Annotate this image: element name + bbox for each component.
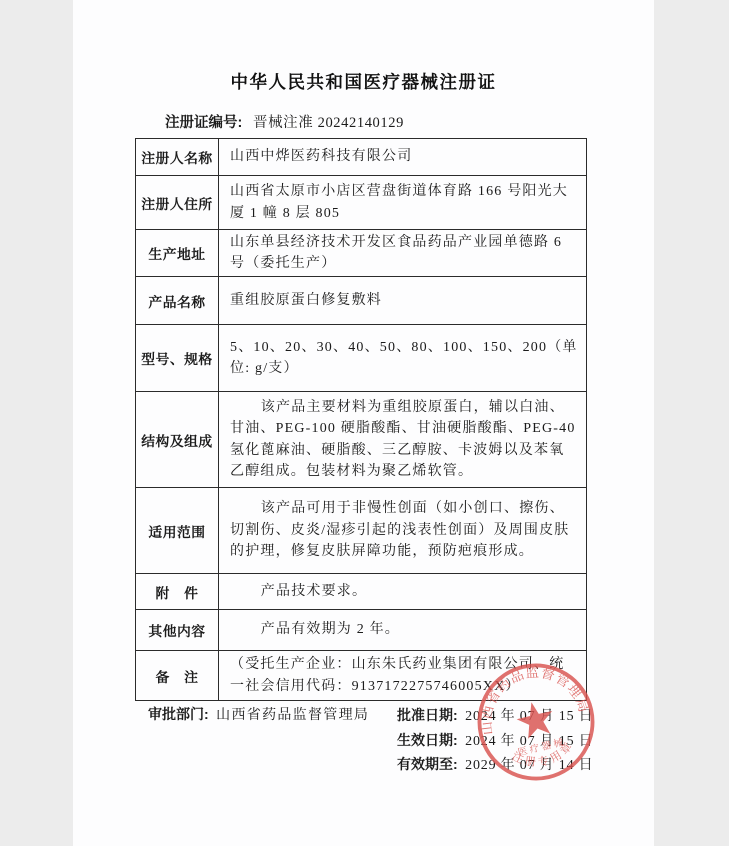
stamp-rotated-group: 山西省药品监督管理局 医疗器械 注册专用章 bbox=[467, 652, 604, 790]
row-value-text: 产品有效期为 2 年。 bbox=[230, 619, 400, 641]
certificate-table: 注册人名称 山西中烨医药科技有限公司 注册人住所 山西省太原市小店区营盘街道体育… bbox=[135, 138, 587, 701]
row-label: 结构及组成 bbox=[136, 392, 219, 487]
table-row: 型号、规格 5、10、20、30、40、50、80、100、150、200（单位… bbox=[136, 324, 586, 391]
row-label: 生产地址 bbox=[136, 230, 219, 276]
registration-number-label: 注册证编号: bbox=[165, 115, 242, 131]
row-label: 附 件 bbox=[136, 574, 219, 609]
row-label: 适用范围 bbox=[136, 488, 219, 573]
effective-date-label: 生效日期: bbox=[397, 732, 458, 748]
official-stamp: 山西省药品监督管理局 医疗器械 注册专用章 bbox=[456, 642, 616, 802]
table-row: 注册人名称 山西中烨医药科技有限公司 bbox=[136, 139, 586, 175]
approval-department-value: 山西省药品监督管理局 bbox=[216, 708, 369, 723]
row-value: 产品技术要求。 bbox=[219, 574, 586, 609]
row-label: 注册人住所 bbox=[136, 176, 219, 229]
approval-department-label: 审批部门: bbox=[148, 706, 209, 722]
table-row: 注册人住所 山西省太原市小店区营盘街道体育路 166 号阳光大厦 1 幢 8 层… bbox=[136, 175, 586, 229]
row-value: 重组胶原蛋白修复敷料 bbox=[219, 277, 586, 324]
row-value-text: 该产品主要材料为重组胶原蛋白，辅以白油、甘油、PEG-100 硬脂酸酯、甘油硬脂… bbox=[230, 397, 578, 483]
expiry-date-label: 有效期至: bbox=[397, 756, 458, 772]
certificate-scan: 中华人民共和国医疗器械注册证 注册证编号: 晋械注准 20242140129 注… bbox=[0, 0, 729, 846]
table-row: 适用范围 该产品可用于非慢性创面（如小创口、擦伤、切割伤、皮炎/湿疹引起的浅表性… bbox=[136, 487, 586, 573]
registration-number-line: 注册证编号: 晋械注准 20242140129 bbox=[165, 111, 404, 132]
row-value: 山西中烨医药科技有限公司 bbox=[219, 139, 586, 175]
approval-department-line: 审批部门: 山西省药品监督管理局 bbox=[148, 704, 369, 724]
row-value-text: 该产品可用于非慢性创面（如小创口、擦伤、切割伤、皮炎/湿疹引起的浅表性创面）及周… bbox=[230, 498, 578, 563]
table-row: 结构及组成 该产品主要材料为重组胶原蛋白，辅以白油、甘油、PEG-100 硬脂酸… bbox=[136, 391, 586, 487]
row-value: 山西省太原市小店区营盘街道体育路 166 号阳光大厦 1 幢 8 层 805 bbox=[219, 176, 586, 229]
star-icon bbox=[514, 698, 557, 740]
row-value: 5、10、20、30、40、50、80、100、150、200（单位: g/支） bbox=[219, 325, 586, 391]
table-row: 附 件 产品技术要求。 bbox=[136, 573, 586, 609]
row-value-text: 山东单县经济技术开发区食品药品产业园单德路 6 号（委托生产） bbox=[230, 232, 578, 275]
row-label: 型号、规格 bbox=[136, 325, 219, 391]
table-row: 产品名称 重组胶原蛋白修复敷料 bbox=[136, 276, 586, 324]
row-value-text: 山西中烨医药科技有限公司 bbox=[230, 146, 412, 168]
row-value-text: 5、10、20、30、40、50、80、100、150、200（单位: g/支） bbox=[230, 337, 578, 380]
row-value-text: 产品技术要求。 bbox=[230, 581, 367, 603]
row-value-text: 重组胶原蛋白修复敷料 bbox=[230, 290, 382, 312]
row-label: 其他内容 bbox=[136, 610, 219, 650]
page-title: 中华人民共和国医疗器械注册证 bbox=[73, 69, 654, 94]
row-value: 该产品可用于非慢性创面（如小创口、擦伤、切割伤、皮炎/湿疹引起的浅表性创面）及周… bbox=[219, 488, 586, 573]
row-value: 该产品主要材料为重组胶原蛋白，辅以白油、甘油、PEG-100 硬脂酸酯、甘油硬脂… bbox=[219, 392, 586, 487]
row-value-text: 山西省太原市小店区营盘街道体育路 166 号阳光大厦 1 幢 8 层 805 bbox=[230, 181, 578, 224]
row-label: 产品名称 bbox=[136, 277, 219, 324]
approval-date-label: 批准日期: bbox=[397, 707, 458, 723]
row-value: 山东单县经济技术开发区食品药品产业园单德路 6 号（委托生产） bbox=[219, 230, 586, 276]
row-label: 注册人名称 bbox=[136, 139, 219, 175]
row-label: 备 注 bbox=[136, 651, 219, 700]
registration-number-value: 晋械注准 20242140129 bbox=[253, 115, 404, 131]
table-row: 生产地址 山东单县经济技术开发区食品药品产业园单德路 6 号（委托生产） bbox=[136, 229, 586, 276]
